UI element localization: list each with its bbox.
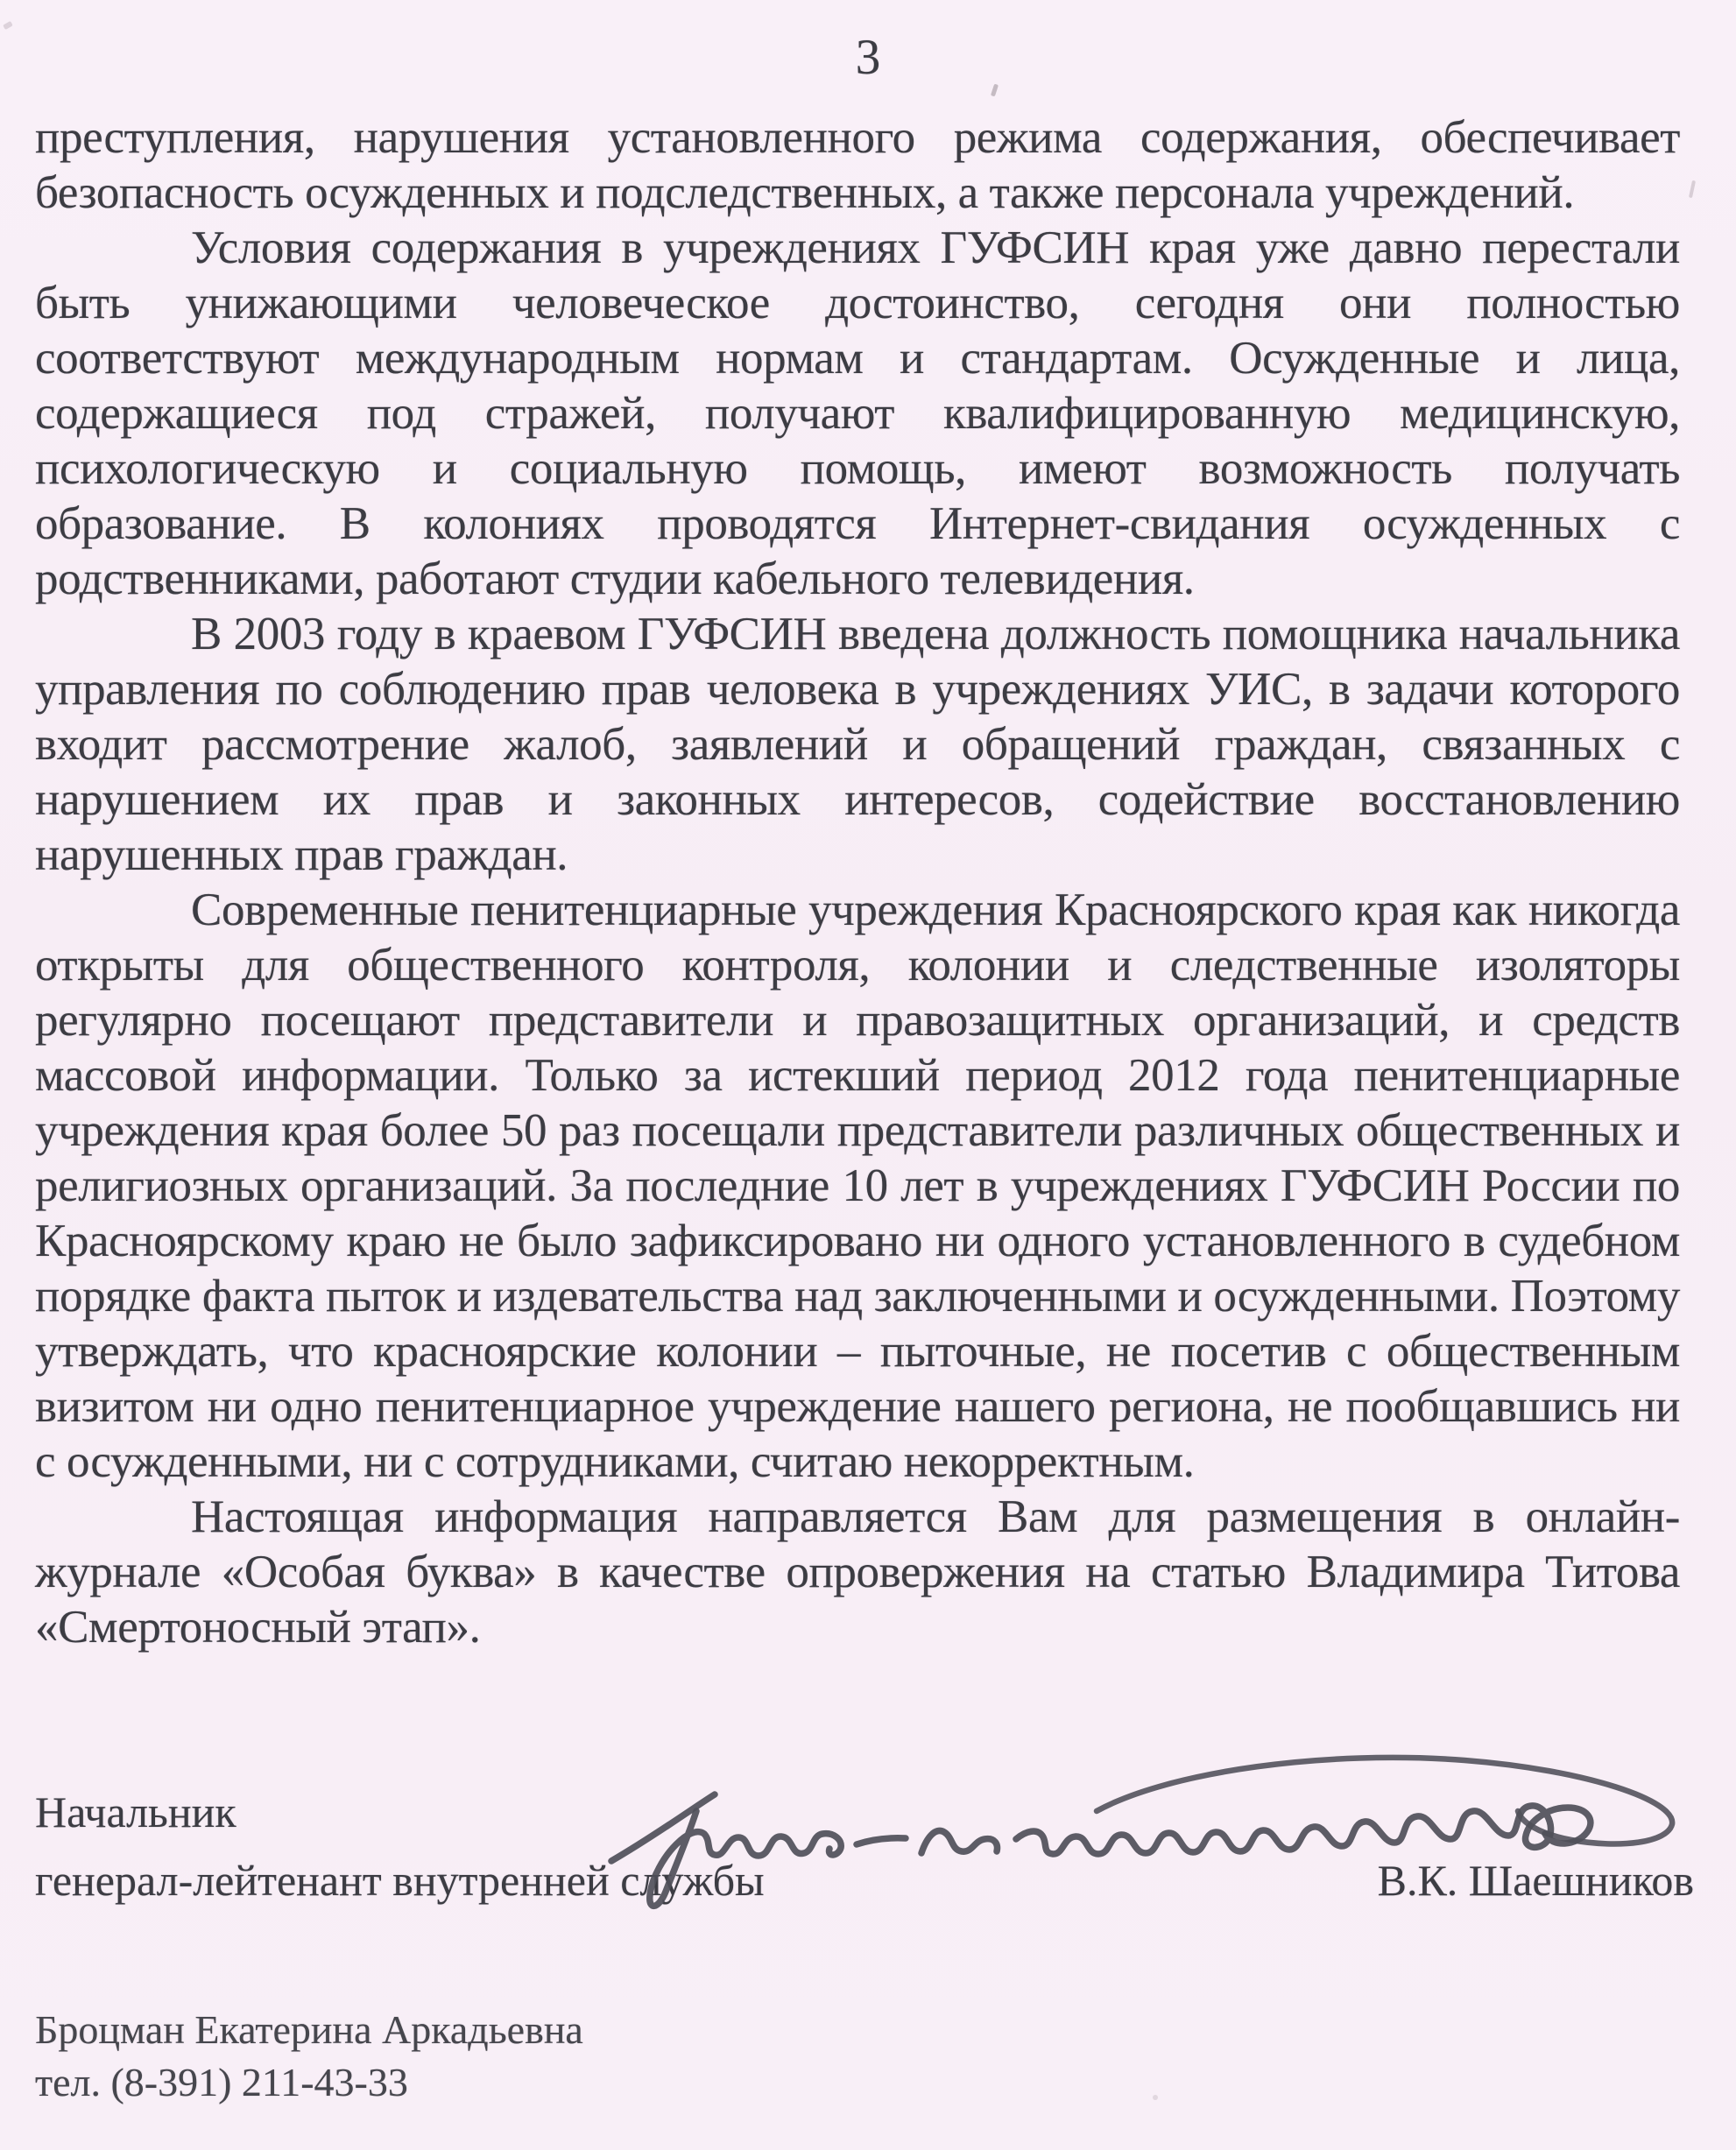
paragraph: Современные пенитенциарные учреждения Кр… — [35, 883, 1680, 1490]
paragraph-continuation: преступления, нарушения установленного р… — [35, 110, 1680, 221]
letter-body: преступления, нарушения установленного р… — [35, 110, 1680, 1655]
executor-contact-block: Броцман Екатерина Аркадьевна тел. (8-391… — [35, 2004, 583, 2109]
scan-speck — [1689, 180, 1696, 198]
scan-speck — [1153, 2095, 1158, 2100]
signer-position-line1: Начальник — [35, 1787, 236, 1837]
paragraph: Настоящая информация направляется Вам дл… — [35, 1490, 1680, 1655]
scan-speck — [3, 21, 13, 30]
signer-position-line2: генерал-лейтенант внутренней службы — [35, 1855, 765, 1906]
paragraph: В 2003 году в краевом ГУФСИН введена дол… — [35, 607, 1680, 883]
signer-name: В.К. Шаешников — [1378, 1855, 1694, 1906]
paragraph: Условия содержания в учреждениях ГУФСИН … — [35, 221, 1680, 607]
scan-speck — [991, 84, 999, 97]
executor-phone: тел. (8-391) 211-43-33 — [35, 2056, 583, 2109]
scanned-letter-page: 3 преступления, нарушения установленного… — [0, 0, 1736, 2150]
executor-name: Броцман Екатерина Аркадьевна — [35, 2004, 583, 2056]
page-number: 3 — [0, 32, 1736, 84]
